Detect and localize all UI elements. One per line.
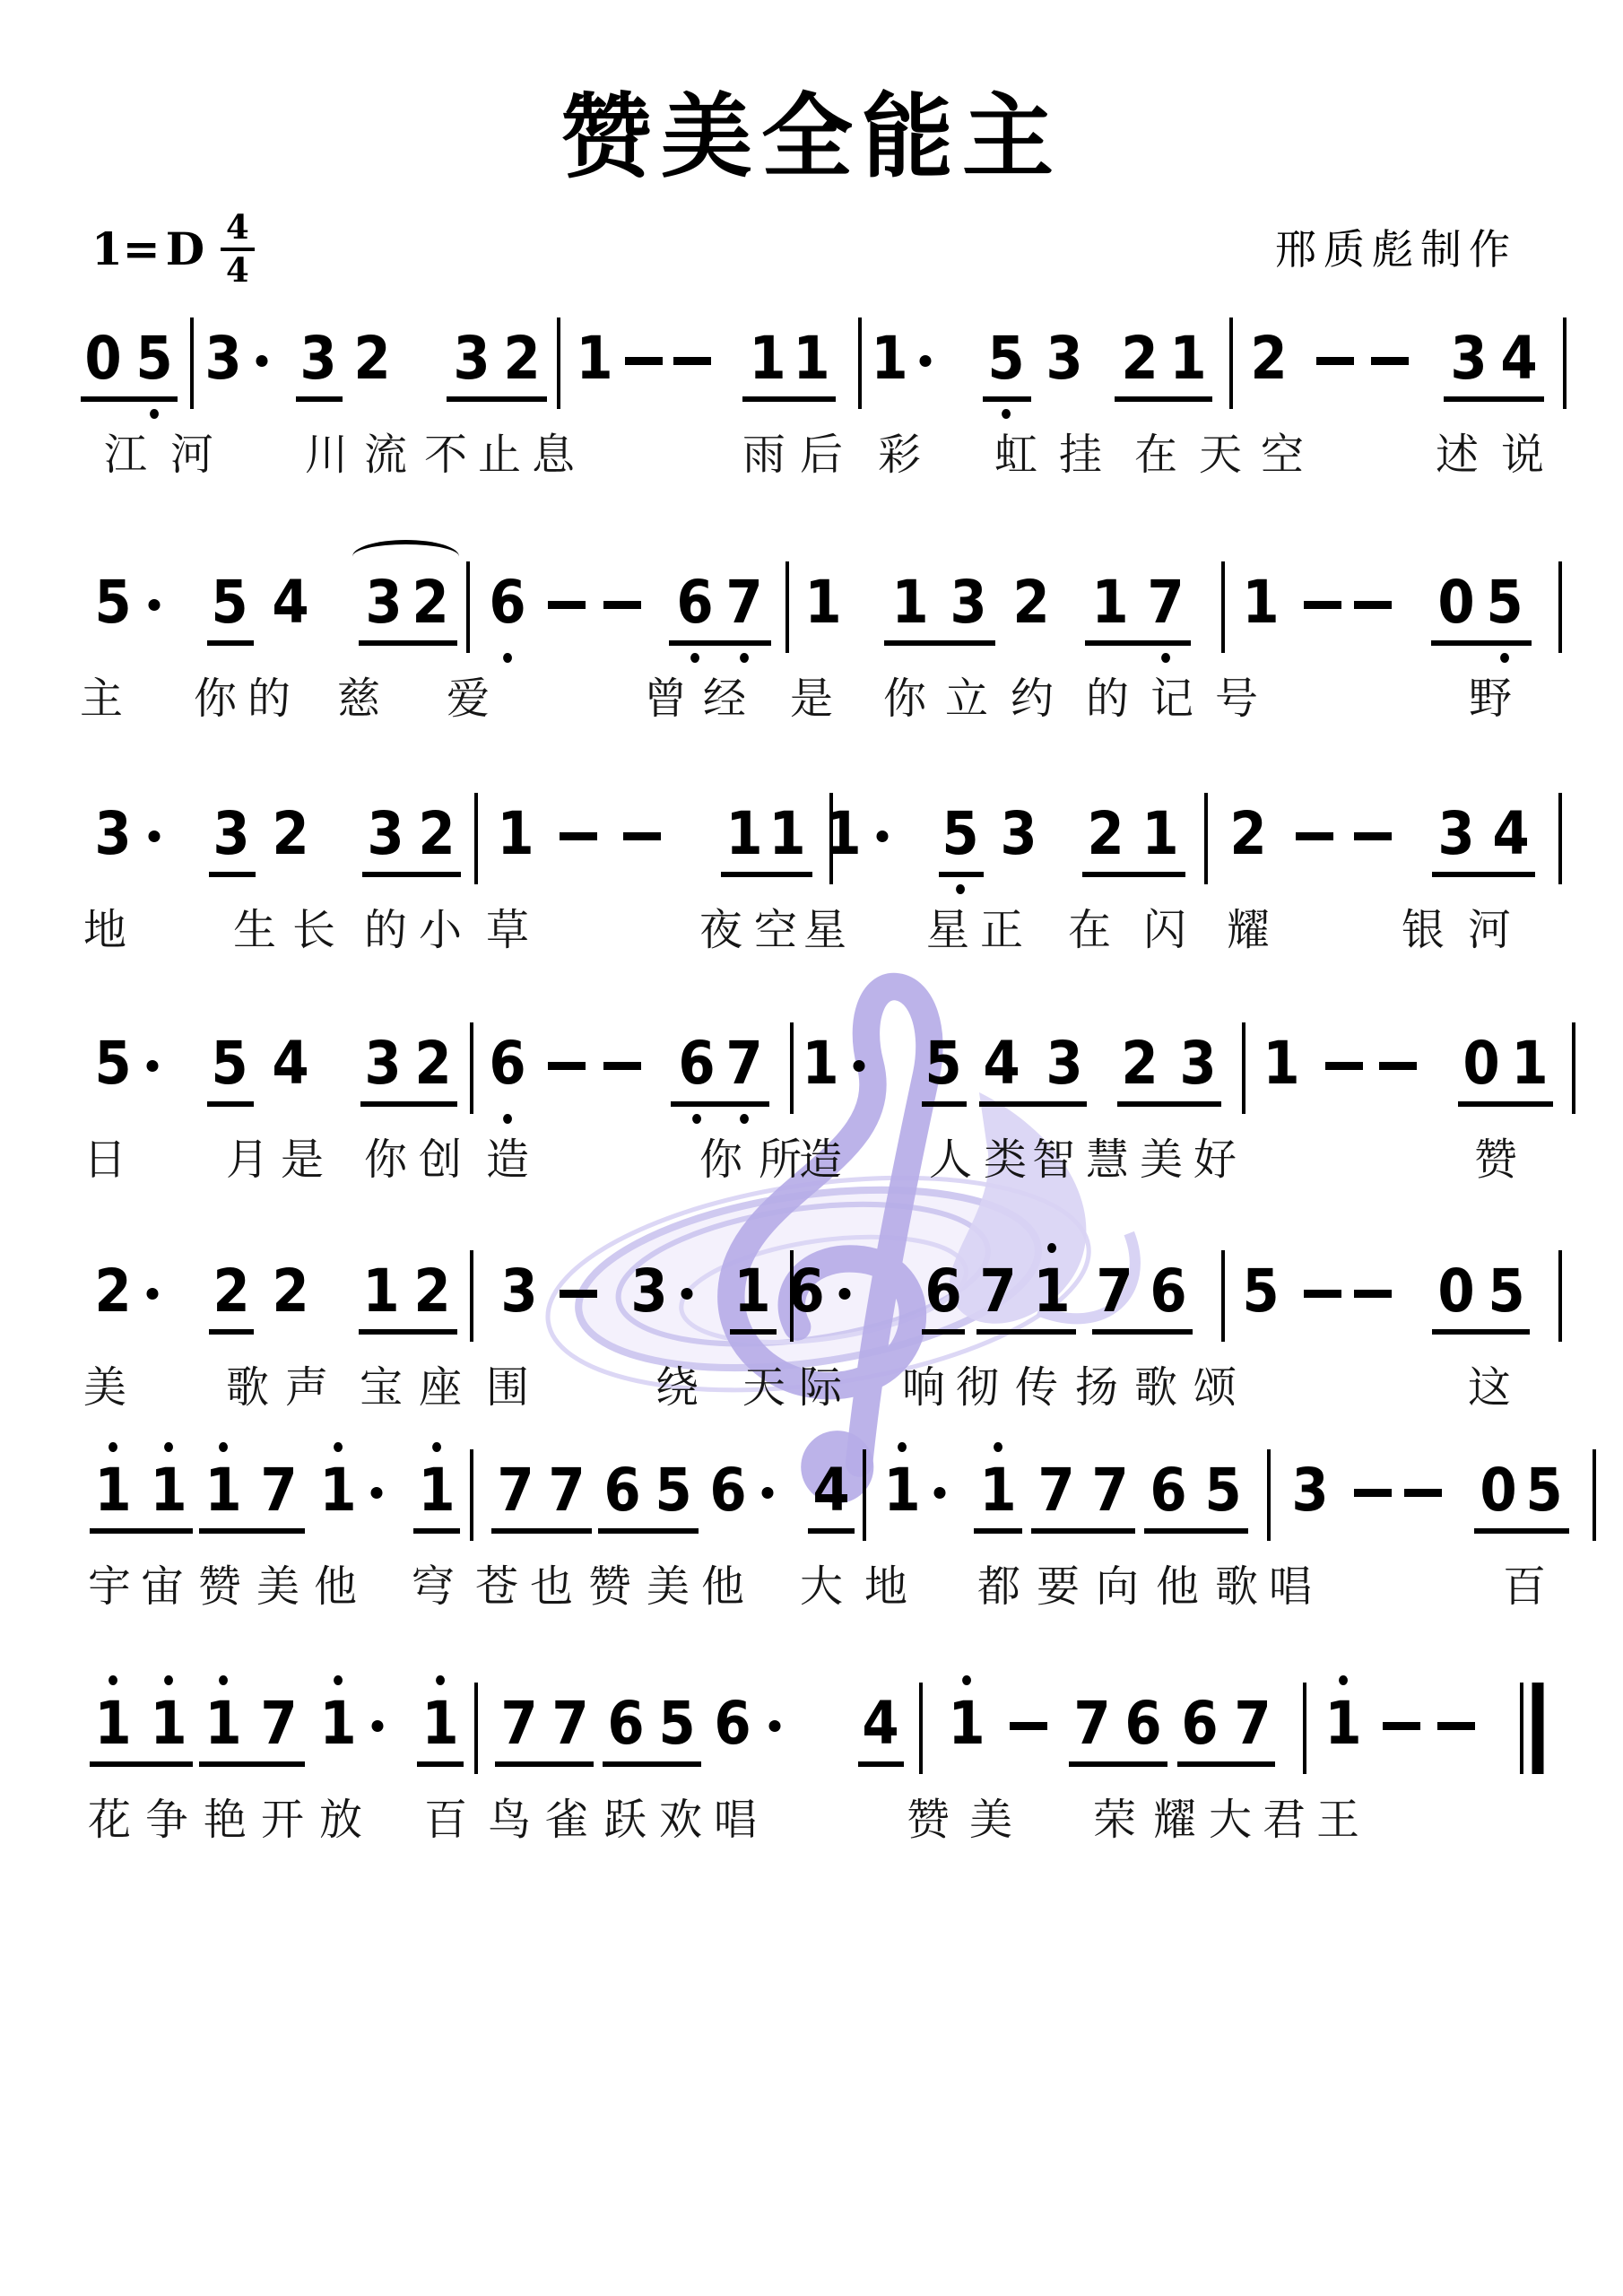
note-digit: 3 <box>453 330 490 387</box>
note-digit: 1 <box>1511 1035 1548 1092</box>
note-digit: 6 <box>1150 1263 1186 1320</box>
augmentation-dot <box>762 1487 774 1499</box>
low-octave-dot <box>956 884 965 894</box>
beam-underline <box>81 396 178 402</box>
note-digit: 0 <box>84 330 121 387</box>
beam-underline <box>1177 1761 1275 1767</box>
lyric-char: 雀 <box>545 1785 588 1847</box>
barline <box>474 1683 478 1774</box>
high-octave-dot <box>108 1675 117 1685</box>
final-barline-thin <box>1520 1683 1523 1774</box>
lyric-char: 爱 <box>447 664 490 726</box>
beam-underline <box>413 1528 460 1534</box>
note-digit: 6 <box>603 1462 640 1519</box>
lyric-char: 慧 <box>1086 1125 1129 1187</box>
lyric-char: 美 <box>647 1552 690 1613</box>
beam-underline <box>360 1101 457 1107</box>
high-octave-dot <box>1047 1243 1056 1253</box>
note-digit: 7 <box>725 1035 762 1092</box>
note-digit: 1 <box>1324 1695 1361 1752</box>
lyric-char: 耀 <box>1227 895 1270 957</box>
lyric-char: 流 <box>364 420 407 482</box>
note-digit: 3 <box>213 805 249 863</box>
note-digit: 1 <box>824 805 861 863</box>
note-digit: 1 <box>94 1695 131 1752</box>
lyric-char: 也 <box>530 1552 573 1613</box>
lyric-char: 雨 <box>742 420 785 482</box>
dash-extension <box>548 1062 586 1070</box>
note-digit: 1 <box>204 1462 241 1519</box>
lyric-char: 艳 <box>204 1785 247 1847</box>
beam-underline <box>362 872 461 877</box>
lyric-char: 不 <box>424 420 467 482</box>
note-digit: 5 <box>135 330 172 387</box>
lyric-char: 要 <box>1037 1552 1080 1613</box>
lyric-char: 赞 <box>907 1785 950 1847</box>
dash-extension <box>1383 1722 1420 1730</box>
note-digit: 5 <box>94 1035 131 1092</box>
system-6: 111711776564117765305宇宙赞美他穹苍也赞美他大地都要向他歌唱… <box>0 1462 1623 1625</box>
beam-underline <box>979 1101 1087 1107</box>
dash-extension <box>1304 1290 1341 1298</box>
lyric-char: 是 <box>281 1125 324 1187</box>
high-octave-dot <box>334 1675 343 1685</box>
lyric-char: 慈 <box>337 664 380 726</box>
beam-underline <box>1458 1101 1553 1107</box>
beam-underline <box>974 1528 1022 1534</box>
note-digit: 4 <box>862 1695 898 1752</box>
note-digit: 6 <box>489 1035 525 1092</box>
note-digit: 1 <box>1141 805 1178 863</box>
dash-extension <box>1379 1062 1417 1070</box>
lyric-char: 赞 <box>1474 1125 1517 1187</box>
note-digit: 3 <box>1291 1462 1328 1519</box>
lyric-char: 唱 <box>714 1785 757 1847</box>
lyric-char: 在 <box>1068 895 1111 957</box>
note-digit: 6 <box>676 574 713 631</box>
note-digit: 5 <box>94 574 131 631</box>
lyric-char: 歌 <box>226 1352 269 1414</box>
beam-underline <box>207 1101 254 1107</box>
augmentation-dot <box>256 355 268 367</box>
lyric-char: 围 <box>486 1352 529 1414</box>
note-digit: 4 <box>1492 805 1529 863</box>
note-digit: 4 <box>272 574 308 631</box>
lyric-char: 的 <box>1086 664 1129 726</box>
lyric-char: 空 <box>1261 420 1304 482</box>
note-digit: 6 <box>1150 1462 1186 1519</box>
note-digit: 3 <box>365 574 402 631</box>
note-digit: 2 <box>272 805 308 863</box>
final-barline-thick <box>1532 1683 1544 1774</box>
author-credit: 邢质彪制作 <box>1275 217 1517 276</box>
lyric-char: 说 <box>1501 420 1544 482</box>
note-digit: 1 <box>150 1695 187 1752</box>
high-octave-dot <box>219 1442 228 1452</box>
lyric-char: 你 <box>364 1125 407 1187</box>
lyric-char: 后 <box>800 420 843 482</box>
note-digit: 4 <box>812 1462 849 1519</box>
system-1: 053323211115321234江河川流不止息雨后彩虹挂在天空述说 <box>0 330 1623 493</box>
lyric-char: 宝 <box>360 1352 403 1414</box>
system-7: 111711776564176671花争艳开放百鸟雀跃欢唱赞美荣耀大君王 <box>0 1695 1623 1858</box>
beam-underline <box>1092 1329 1193 1335</box>
lyric-char: 歌 <box>1134 1352 1177 1414</box>
high-octave-dot <box>432 1442 441 1452</box>
note-digit: 6 <box>489 574 525 631</box>
barline <box>1204 793 1208 884</box>
note-digit: 7 <box>260 1462 297 1519</box>
beam-underline <box>1431 640 1532 646</box>
note-digit: 3 <box>500 1263 537 1320</box>
note-digit: 1 <box>804 574 841 631</box>
note-digit: 7 <box>725 574 762 631</box>
lyric-char: 天 <box>742 1352 785 1414</box>
note-digit: 7 <box>260 1695 297 1752</box>
note-digit: 1 <box>497 805 534 863</box>
lyric-char: 彻 <box>956 1352 999 1414</box>
low-octave-dot <box>1161 653 1170 663</box>
beam-underline <box>90 1528 193 1534</box>
barline <box>470 1449 473 1541</box>
beam-underline <box>1432 1329 1530 1335</box>
note-digit: 6 <box>787 1263 824 1320</box>
beam-underline <box>598 1528 699 1534</box>
note-digit: 5 <box>1242 1263 1279 1320</box>
beam-underline <box>359 640 457 646</box>
note-digit: 5 <box>1204 1462 1241 1519</box>
barline <box>785 561 789 653</box>
note-digit: 1 <box>94 1462 131 1519</box>
lyric-char: 王 <box>1316 1785 1359 1847</box>
note-digit: 3 <box>1000 805 1037 863</box>
key-signature: 1= D 4 4 <box>90 210 255 289</box>
high-octave-dot <box>436 1675 445 1685</box>
dash-extension <box>623 832 661 840</box>
note-digit: 3 <box>94 805 131 863</box>
dash-extension <box>1354 601 1392 609</box>
barline <box>1242 1022 1245 1114</box>
note-digit: 5 <box>987 330 1024 387</box>
barline <box>1558 793 1562 884</box>
note-digit: 2 <box>353 330 390 387</box>
note-digit: 2 <box>1229 805 1266 863</box>
note-digit: 5 <box>1488 1263 1524 1320</box>
low-octave-dot <box>740 1114 749 1124</box>
note-digit: 1 <box>319 1695 356 1752</box>
lyric-char: 开 <box>261 1785 304 1847</box>
note-digit: 1 <box>768 805 805 863</box>
lyric-char: 约 <box>1011 664 1054 726</box>
high-octave-dot <box>164 1442 173 1452</box>
note-digit: 5 <box>942 805 978 863</box>
note-digit: 1 <box>1169 330 1206 387</box>
lyric-char: 耀 <box>1153 1785 1196 1847</box>
note-digit: 2 <box>94 1263 131 1320</box>
lyric-char: 颂 <box>1193 1352 1237 1414</box>
note-digit: 2 <box>412 574 448 631</box>
beam-underline <box>495 1761 594 1767</box>
note-digit: 5 <box>211 574 247 631</box>
note-digit: 7 <box>1096 1263 1133 1320</box>
beam-underline <box>721 872 812 877</box>
note-digit: 2 <box>213 1263 249 1320</box>
note-digit: 1 <box>871 330 907 387</box>
lyric-char: 响 <box>902 1352 945 1414</box>
key-letter: D <box>166 222 204 275</box>
lyric-char: 星 <box>803 895 846 957</box>
note-digit: 7 <box>497 1462 534 1519</box>
note-digit: 0 <box>1437 574 1474 631</box>
lyric-char: 立 <box>945 664 988 726</box>
lyric-char: 长 <box>292 895 335 957</box>
time-signature: 4 4 <box>221 210 255 289</box>
beam-underline <box>671 1101 769 1107</box>
lyric-char: 地 <box>864 1552 907 1613</box>
beam-underline <box>209 872 256 877</box>
augmentation-dot <box>372 1720 384 1732</box>
lyric-char: 美 <box>969 1785 1012 1847</box>
beam-underline <box>858 1761 904 1767</box>
augmentation-dot <box>147 1060 159 1072</box>
barline <box>1267 1449 1271 1541</box>
barline <box>790 1022 794 1114</box>
note-digit: 4 <box>983 1035 1020 1092</box>
lyric-char: 天 <box>1199 420 1242 482</box>
lyric-char: 这 <box>1468 1352 1511 1414</box>
barline <box>557 317 560 409</box>
system-4: 55432667154323101日月是你创造你所造人类智慧美好赞 <box>0 1035 1623 1198</box>
high-octave-dot <box>164 1675 173 1685</box>
system-3: 3323211115321234地生长的小草夜空星星正在闪耀银河 <box>0 805 1623 969</box>
note-digit: 3 <box>299 330 336 387</box>
dash-extension <box>1354 1290 1392 1298</box>
note-digit: 1 <box>421 1695 458 1752</box>
dash-extension <box>1404 1489 1442 1497</box>
note-digit: 1 <box>1242 574 1279 631</box>
barline <box>1221 561 1225 653</box>
song-title: 赞美全能主 <box>0 65 1623 196</box>
low-octave-dot <box>692 1114 701 1124</box>
beam-underline <box>1085 640 1191 646</box>
note-digit: 5 <box>211 1035 247 1092</box>
note-digit: 1 <box>733 1263 770 1320</box>
beam-underline <box>808 1528 855 1534</box>
beam-underline <box>976 1329 1076 1335</box>
lyric-char: 他 <box>701 1552 744 1613</box>
lyric-char: 空 <box>754 895 797 957</box>
beam-underline <box>1082 872 1185 877</box>
note-digit: 3 <box>1179 1035 1216 1092</box>
note-digit: 1 <box>749 330 785 387</box>
note-digit: 7 <box>1147 574 1184 631</box>
note-digit: 5 <box>924 1035 961 1092</box>
lyric-char: 君 <box>1263 1785 1306 1847</box>
beam-underline <box>296 396 343 402</box>
lyric-char: 的 <box>364 895 407 957</box>
note-digit: 3 <box>1046 330 1082 387</box>
lyric-char: 传 <box>1015 1352 1058 1414</box>
dash-extension <box>1304 601 1341 609</box>
lyric-char: 向 <box>1096 1552 1139 1613</box>
note-digit: 6 <box>924 1263 961 1320</box>
lyric-char: 主 <box>80 664 123 726</box>
high-octave-dot <box>898 1442 907 1452</box>
lyric-char: 挂 <box>1059 420 1102 482</box>
barline <box>1563 317 1567 409</box>
beam-underline <box>1069 1761 1167 1767</box>
lyric-char: 苍 <box>475 1552 518 1613</box>
note-digit: 6 <box>1124 1695 1161 1752</box>
note-digit: 4 <box>1500 330 1537 387</box>
note-digit: 7 <box>1091 1462 1128 1519</box>
lyric-char: 歌 <box>1215 1552 1258 1613</box>
high-octave-dot <box>994 1442 1002 1452</box>
note-digit: 2 <box>1087 805 1124 863</box>
beam-underline <box>199 1761 305 1767</box>
lyric-char: 造 <box>486 1125 529 1187</box>
barline <box>1558 561 1562 653</box>
lyric-char: 止 <box>478 420 521 482</box>
augmentation-dot <box>147 1288 159 1300</box>
barline <box>858 317 862 409</box>
lyric-char: 赞 <box>588 1552 631 1613</box>
time-signature-denominator: 4 <box>226 251 249 289</box>
beam-underline <box>1031 1528 1135 1534</box>
lyric-char: 欢 <box>659 1785 702 1847</box>
note-digit: 1 <box>891 574 928 631</box>
lyric-char: 述 <box>1436 420 1479 482</box>
lyric-char: 鸟 <box>488 1785 531 1847</box>
lyric-char: 所 <box>759 1125 802 1187</box>
augmentation-dot <box>854 1060 865 1072</box>
augmentation-dot <box>920 355 932 367</box>
dash-extension <box>1010 1722 1047 1730</box>
note-digit: 6 <box>678 1035 715 1092</box>
high-octave-dot <box>108 1442 117 1452</box>
beam-underline <box>922 1329 965 1335</box>
barline <box>1593 1449 1596 1541</box>
lyric-char: 川 <box>305 420 348 482</box>
lyric-char: 江 <box>104 420 147 482</box>
beam-underline <box>90 1761 193 1767</box>
beam-underline <box>603 1761 701 1767</box>
note-digit: 2 <box>503 330 540 387</box>
system-5: 22212331667176505美歌声宝座围绕天际响彻传扬歌颂这 <box>0 1263 1623 1426</box>
dash-extension <box>1316 357 1354 365</box>
beam-underline <box>922 1101 967 1107</box>
lyric-char: 座 <box>419 1352 462 1414</box>
note-digit: 2 <box>1121 330 1158 387</box>
augmentation-dot <box>934 1487 946 1499</box>
beam-underline <box>1444 396 1544 402</box>
lyric-char: 你 <box>883 664 926 726</box>
low-octave-dot <box>1002 409 1011 419</box>
lyric-char: 宇 <box>88 1552 131 1613</box>
note-digit: 5 <box>1525 1462 1562 1519</box>
note-digit: 0 <box>1437 1263 1474 1320</box>
barline <box>470 1022 473 1114</box>
dash-extension <box>673 357 711 365</box>
note-digit: 7 <box>1234 1695 1271 1752</box>
lyric-char: 号 <box>1215 664 1258 726</box>
note-digit: 0 <box>1462 1035 1499 1092</box>
lyric-char: 大 <box>1209 1785 1252 1847</box>
lyric-char: 息 <box>532 420 575 482</box>
note-digit: 1 <box>948 1695 985 1752</box>
beam-underline <box>417 1761 464 1767</box>
note-digit: 3 <box>367 805 404 863</box>
note-digit: 5 <box>1486 574 1523 631</box>
lyric-char: 声 <box>285 1352 328 1414</box>
lyric-char: 河 <box>1468 895 1511 957</box>
lyric-char: 宙 <box>141 1552 184 1613</box>
note-digit: 1 <box>802 1035 838 1092</box>
barline <box>190 317 194 409</box>
beam-underline <box>207 640 254 646</box>
lyric-char: 类 <box>984 1125 1027 1187</box>
beam-underline <box>447 396 547 402</box>
note-digit: 3 <box>1450 330 1487 387</box>
lyric-char: 好 <box>1193 1125 1237 1187</box>
lyric-char: 正 <box>980 895 1023 957</box>
lyric-char: 都 <box>977 1552 1020 1613</box>
lyric-char: 你 <box>194 664 237 726</box>
lyric-char: 荣 <box>1093 1785 1136 1847</box>
note-digit: 6 <box>607 1695 644 1752</box>
note-digit: 0 <box>1480 1462 1516 1519</box>
dash-extension <box>560 832 597 840</box>
note-digit: 1 <box>204 1695 241 1752</box>
note-digit: 1 <box>319 1462 356 1519</box>
augmentation-dot <box>769 1720 781 1732</box>
beam-underline <box>884 640 995 646</box>
beam-underline <box>939 872 984 877</box>
dash-extension <box>603 1062 641 1070</box>
low-octave-dot <box>740 653 749 663</box>
dash-extension <box>625 357 663 365</box>
augmentation-dot <box>149 599 161 611</box>
note-digit: 1 <box>418 1462 455 1519</box>
dash-extension <box>1437 1722 1475 1730</box>
note-digit: 1 <box>1033 1263 1070 1320</box>
beam-underline <box>983 396 1031 402</box>
lyric-char: 野 <box>1469 664 1512 726</box>
dash-extension <box>1354 832 1392 840</box>
beam-underline <box>1144 1528 1248 1534</box>
dash-extension <box>1296 832 1333 840</box>
note-digit: 2 <box>272 1263 308 1320</box>
note-digit: 1 <box>793 330 829 387</box>
lyric-char: 创 <box>419 1125 462 1187</box>
dash-extension <box>1354 1489 1392 1497</box>
lyric-char: 是 <box>790 664 833 726</box>
lyric-char: 在 <box>1134 420 1177 482</box>
beam-underline <box>1432 872 1535 877</box>
dash-extension <box>603 601 641 609</box>
augmentation-dot <box>149 831 161 842</box>
lyric-char: 地 <box>83 895 126 957</box>
note-digit: 1 <box>362 1263 399 1320</box>
high-octave-dot <box>334 1442 343 1452</box>
note-digit: 2 <box>1121 1035 1158 1092</box>
note-digit: 3 <box>204 330 241 387</box>
lyric-char: 际 <box>799 1352 842 1414</box>
low-octave-dot <box>503 653 512 663</box>
lyric-char: 赞 <box>198 1552 241 1613</box>
lyric-char: 你 <box>699 1125 742 1187</box>
note-digit: 7 <box>500 1695 537 1752</box>
